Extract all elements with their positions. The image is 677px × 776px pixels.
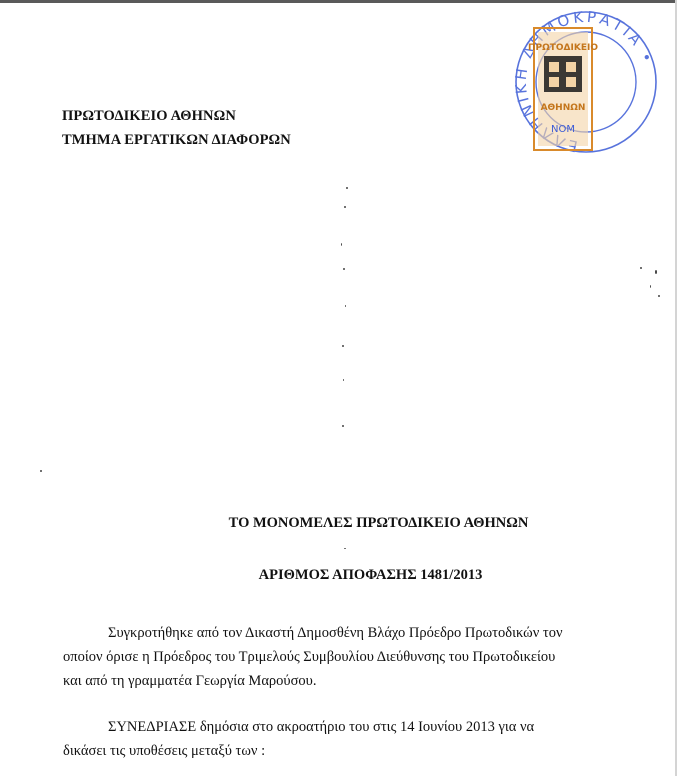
court-title: ΤΟ ΜΟΝΟΜΕΛΕΣ ΠΡΩΤΟΔΙΚΕΙΟ ΑΘΗΝΩΝ — [40, 515, 677, 532]
svg-text:ΝΟΜ: ΝΟΜ — [551, 124, 575, 135]
paragraph-line: οποίον όρισε η Πρόεδρος του Τριμελούς Συ… — [63, 645, 623, 669]
scan-speck — [344, 206, 346, 208]
decision-number: ΑΡΙΘΜΟΣ ΑΠΟΦΑΣΗΣ 1481/2013 — [32, 567, 677, 584]
svg-text:ΠΡΩΤΟΔΙΚΕΙΟ: ΠΡΩΤΟΔΙΚΕΙΟ — [528, 43, 598, 53]
paragraph-line: δικάσει τις υποθέσεις μεταξύ των : — [63, 739, 623, 763]
scan-speck — [343, 379, 344, 381]
svg-text:ΑΘΗΝΩΝ: ΑΘΗΝΩΝ — [541, 103, 586, 113]
scan-speck — [650, 285, 651, 288]
paragraph-line: Συγκροτήθηκε από τον Δικαστή Δημοσθένη Β… — [63, 621, 623, 645]
scan-speck — [658, 295, 660, 297]
composition-paragraph: Συγκροτήθηκε από τον Δικαστή Δημοσθένη Β… — [63, 621, 623, 693]
scan-speck — [342, 345, 344, 347]
paragraph-line: και από τη γραμματέα Γεωργία Μαρούσου. — [63, 669, 623, 693]
scan-speck — [344, 548, 346, 549]
scan-speck — [346, 187, 348, 189]
scan-speck — [345, 305, 346, 307]
paragraph-line: ΣΥΝΕΔΡΙΑΣΕ δημόσια στο ακροατήριο του στ… — [63, 715, 623, 739]
scan-speck — [343, 268, 345, 270]
scan-speck — [341, 243, 342, 246]
scan-speck — [342, 425, 344, 427]
court-header: ΠΡΩΤΟΔΙΚΕΙΟ ΑΘΗΝΩΝ ΤΜΗΜΑ ΕΡΓΑΤΙΚΩΝ ΔΙΑΦΟ… — [62, 104, 291, 152]
window-top-border — [0, 0, 677, 3]
scan-speck — [40, 470, 42, 472]
scan-speck — [655, 270, 657, 274]
official-stamp-icon: ΕΛΛΗΝΙΚΗ ΔΗΜΟΚΡΑΤΙΑ • ΠΡΩΤΟΔΙΚΕΙΟ ΑΘΗΝΩΝ… — [504, 10, 668, 155]
court-department: ΤΜΗΜΑ ΕΡΓΑΤΙΚΩΝ ΔΙΑΦΟΡΩΝ — [62, 128, 291, 152]
scan-speck — [640, 267, 642, 269]
court-name: ΠΡΩΤΟΔΙΚΕΙΟ ΑΘΗΝΩΝ — [62, 104, 291, 128]
session-paragraph: ΣΥΝΕΔΡΙΑΣΕ δημόσια στο ακροατήριο του στ… — [63, 715, 623, 763]
